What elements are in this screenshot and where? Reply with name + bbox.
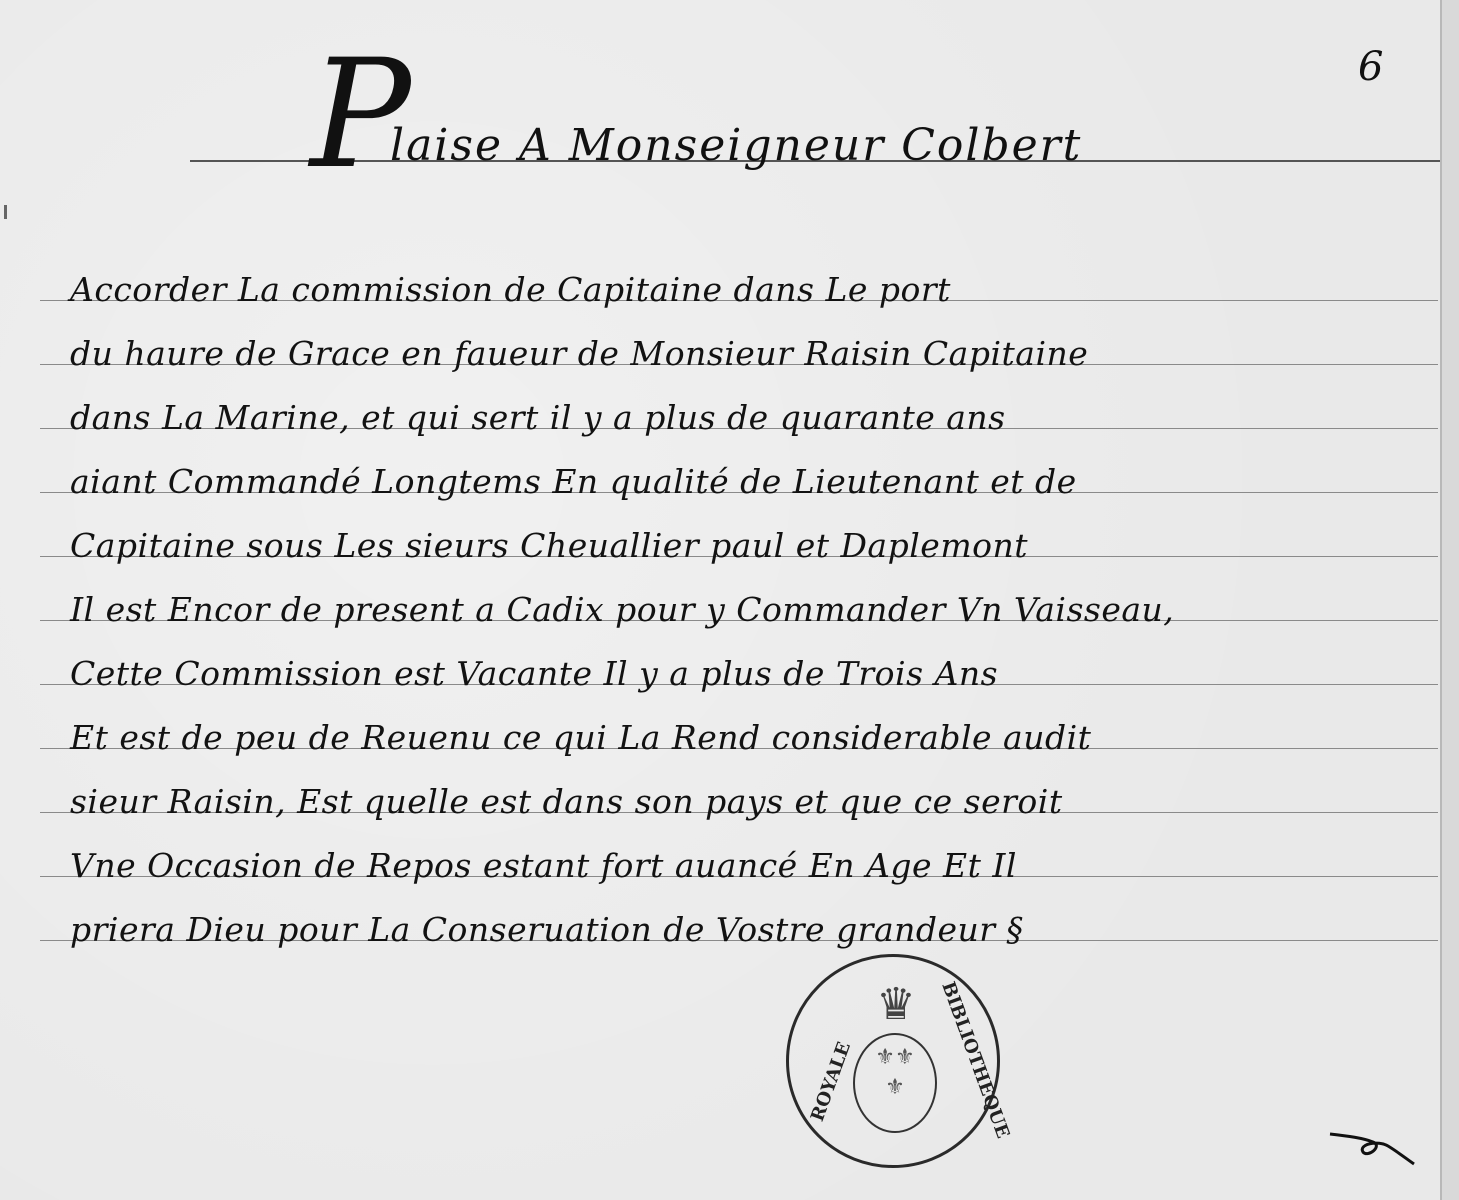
document-title: P laise A Monseigneur Colbert xyxy=(190,110,1450,190)
text-line: sieur Raisin, Est quelle est dans son pa… xyxy=(40,774,1440,838)
text-line: Vne Occasion de Repos estant fort auancé… xyxy=(40,838,1440,902)
stamp-text-royale: ROYALE xyxy=(807,1039,855,1124)
bibliotheque-royale-stamp: ♛ ⚜⚜ ⚜ ROYALE BIBLIOTHEQUE xyxy=(786,954,1000,1168)
text-line: Cette Commission est Vacante Il y a plus… xyxy=(40,646,1440,710)
text-line: aiant Commandé Longtems En qualité de Li… xyxy=(40,454,1440,518)
text-line: Accorder La commission de Capitaine dans… xyxy=(40,262,1440,326)
text-line: Capitaine sous Les sieurs Cheuallier pau… xyxy=(40,518,1440,582)
fleur-de-lis-shield-icon: ⚜⚜ ⚜ xyxy=(853,1033,937,1133)
stamp-text-bibliotheque: BIBLIOTHEQUE xyxy=(937,979,1013,1141)
manuscript-page: 6 P laise A Monseigneur Colbert Accorder… xyxy=(0,0,1440,1200)
text-line: du haure de Grace en faueur de Monsieur … xyxy=(40,326,1440,390)
body-text: Accorder La commission de Capitaine dans… xyxy=(40,262,1440,966)
text-line: dans La Marine, et qui sert il y a plus … xyxy=(40,390,1440,454)
folio-number: 6 xyxy=(1358,44,1383,90)
page-edge xyxy=(1440,0,1459,1200)
text-line: priera Dieu pour La Conseruation de Vost… xyxy=(40,902,1440,966)
crown-icon: ♛ xyxy=(859,979,933,1031)
text-line: Et est de peu de Reuenu ce qui La Rend c… xyxy=(40,710,1440,774)
margin-mark xyxy=(4,205,7,219)
title-text: laise A Monseigneur Colbert xyxy=(390,120,1082,171)
text-line: Il est Encor de present a Cadix pour y C… xyxy=(40,582,1440,646)
flourish-mark-icon xyxy=(1328,1130,1418,1170)
